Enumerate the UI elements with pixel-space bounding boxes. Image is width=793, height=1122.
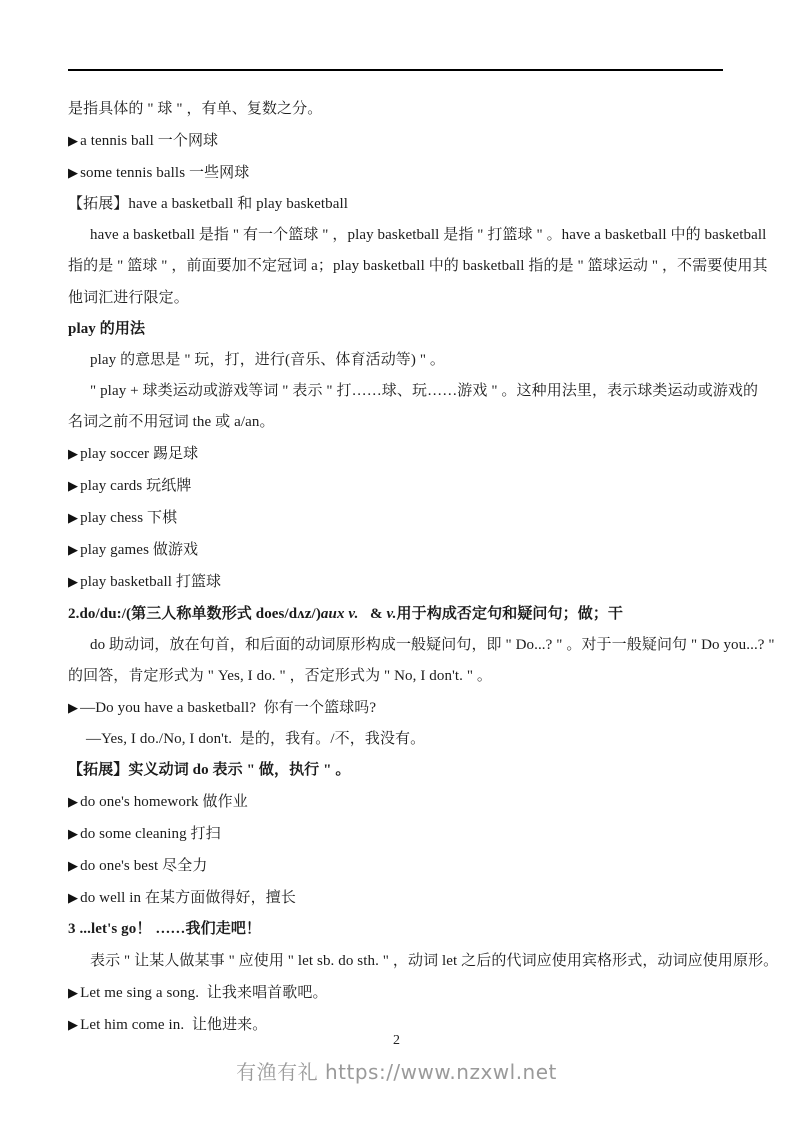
text-segment: —Do you have a basketball? 你有一个篮球吗? — [80, 700, 376, 716]
bullet-icon: ▶ — [68, 826, 78, 841]
bullet-icon: ▶ — [68, 858, 78, 873]
text-line: 指的是 " 篮球 " ，前面要加不定冠词 a；play basketball 中… — [68, 251, 728, 282]
text-line: play 的意思是 " 玩，打，进行(音乐、体育活动等) " 。 — [68, 345, 728, 376]
text-segment: play chess 下棋 — [80, 510, 177, 526]
text-segment: 名词之前不用冠词 the 或 a/an。 — [68, 414, 275, 430]
text-segment: 【拓展】have a basketball 和 play basketball — [68, 196, 348, 212]
bullet-icon: ▶ — [68, 133, 78, 148]
text-line: ▶do one's homework 做作业 — [68, 786, 728, 818]
text-line: ▶play cards 玩纸牌 — [68, 470, 728, 502]
document-body: 是指具体的 " 球 " ，有单、复数之分。▶a tennis ball 一个网球… — [68, 94, 728, 1041]
text-segment: do some cleaning 打扫 — [80, 826, 221, 842]
bullet-icon: ▶ — [68, 574, 78, 589]
bullet-icon: ▶ — [68, 542, 78, 557]
text-segment: do one's best 尽全力 — [80, 858, 207, 874]
text-segment: play games 做游戏 — [80, 542, 198, 558]
text-segment: play basketball 打篮球 — [80, 574, 221, 590]
text-line: do 助动词，放在句首，和后面的动词原形构成一般疑问句，即 " Do...? "… — [68, 630, 728, 661]
bullet-icon: ▶ — [68, 165, 78, 180]
text-line: ▶Let me sing a song. 让我来唱首歌吧。 — [68, 977, 728, 1009]
text-segment: do well in 在某方面做得好，擅长 — [80, 890, 296, 906]
text-line: —Yes, I do./No, I don't. 是的，我有。/不，我没有。 — [68, 724, 728, 755]
text-line: ▶play soccer 踢足球 — [68, 438, 728, 470]
text-line: ▶play games 做游戏 — [68, 534, 728, 566]
text-line: ▶play basketball 打篮球 — [68, 566, 728, 598]
text-line: 2.do/du:/(第三人称单数形式 does/dʌz/)aux v. & v.… — [68, 599, 728, 630]
text-line: ▶some tennis balls 一些网球 — [68, 157, 728, 189]
text-segment: have a basketball 是指 " 有一个篮球 " ，play bas… — [90, 227, 766, 243]
bullet-icon: ▶ — [68, 510, 78, 525]
text-segment: Let me sing a song. 让我来唱首歌吧。 — [80, 985, 327, 1001]
text-segment: 是指具体的 " 球 " ，有单、复数之分。 — [68, 101, 322, 117]
text-line: ▶play chess 下棋 — [68, 502, 728, 534]
text-segment: play 的用法 — [68, 321, 145, 337]
bullet-icon: ▶ — [68, 890, 78, 905]
bullet-icon: ▶ — [68, 985, 78, 1000]
text-segment: v. — [386, 606, 396, 622]
text-line: ▶do one's best 尽全力 — [68, 850, 728, 882]
text-segment: do one's homework 做作业 — [80, 794, 248, 810]
text-segment: 2.do/du:/(第三人称单数形式 does/dʌz/) — [68, 606, 321, 622]
text-line: ▶—Do you have a basketball? 你有一个篮球吗? — [68, 692, 728, 724]
bullet-icon: ▶ — [68, 1017, 78, 1032]
text-line: " play + 球类运动或游戏等词 " 表示 " 打……球、玩……游戏 " 。… — [68, 376, 728, 407]
text-line: 的回答，肯定形式为 " Yes, I do. " ，否定形式为 " No, I … — [68, 661, 728, 692]
text-line: 名词之前不用冠词 the 或 a/an。 — [68, 407, 728, 438]
text-segment: aux v. — [321, 606, 359, 622]
text-line: 表示 " 让某人做某事 " 应使用 " let sb. do sth. " ，动… — [68, 946, 728, 977]
text-segment: —Yes, I do./No, I don't. 是的，我有。/不，我没有。 — [86, 731, 425, 747]
text-segment: 3 ...let's go！ ……我们走吧！ — [68, 921, 261, 937]
text-segment: 【拓展】实义动词 do 表示 " 做，执行 " 。 — [68, 762, 351, 778]
bullet-icon: ▶ — [68, 794, 78, 809]
text-segment: 表示 " 让某人做某事 " 应使用 " let sb. do sth. " ，动… — [90, 953, 778, 969]
text-segment: play 的意思是 " 玩，打，进行(音乐、体育活动等) " 。 — [90, 352, 445, 368]
text-segment: " play + 球类运动或游戏等词 " 表示 " 打……球、玩……游戏 " 。… — [90, 383, 758, 399]
text-line: 【拓展】have a basketball 和 play basketball — [68, 189, 728, 220]
text-segment: 指的是 " 篮球 " ，前面要加不定冠词 a；play basketball 中… — [68, 258, 768, 274]
text-segment: play soccer 踢足球 — [80, 446, 198, 462]
text-segment: 的回答，肯定形式为 " Yes, I do. " ，否定形式为 " No, I … — [68, 668, 492, 684]
text-line: play 的用法 — [68, 314, 728, 345]
text-line: 是指具体的 " 球 " ，有单、复数之分。 — [68, 94, 728, 125]
text-segment: 用于构成否定句和疑问句；做；干 — [397, 606, 624, 622]
text-segment: a tennis ball 一个网球 — [80, 133, 218, 149]
text-line: 3 ...let's go！ ……我们走吧！ — [68, 914, 728, 945]
text-line: ▶do well in 在某方面做得好，擅长 — [68, 882, 728, 914]
text-line: ▶do some cleaning 打扫 — [68, 818, 728, 850]
text-segment: do 助动词，放在句首，和后面的动词原形构成一般疑问句，即 " Do...? "… — [90, 637, 775, 653]
bullet-icon: ▶ — [68, 478, 78, 493]
text-segment: some tennis balls 一些网球 — [80, 165, 249, 181]
text-line: 他词汇进行限定。 — [68, 283, 728, 314]
bullet-icon: ▶ — [68, 700, 78, 715]
text-line: ▶a tennis ball 一个网球 — [68, 125, 728, 157]
page-number: 2 — [0, 1031, 793, 1051]
document-page: 是指具体的 " 球 " ，有单、复数之分。▶a tennis ball 一个网球… — [0, 0, 793, 1122]
watermark-text: 有渔有礼 https://www.nzxwl.net — [0, 1058, 793, 1086]
header-rule — [68, 69, 723, 71]
bullet-icon: ▶ — [68, 446, 78, 461]
text-segment: play cards 玩纸牌 — [80, 478, 191, 494]
text-segment: 他词汇进行限定。 — [68, 290, 189, 306]
text-segment: & — [358, 606, 386, 622]
text-line: 【拓展】实义动词 do 表示 " 做，执行 " 。 — [68, 755, 728, 786]
text-line: have a basketball 是指 " 有一个篮球 " ，play bas… — [68, 220, 728, 251]
